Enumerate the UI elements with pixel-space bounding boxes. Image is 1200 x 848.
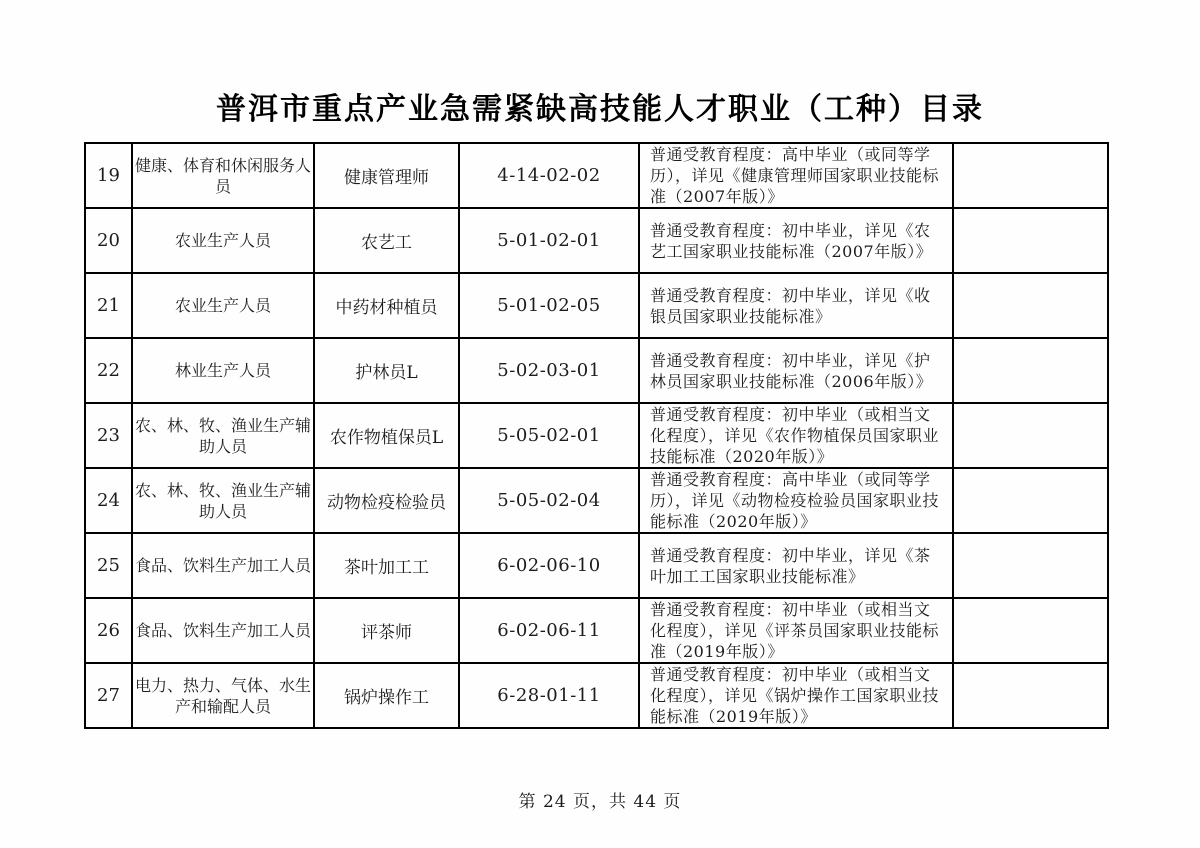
- row-number-cell: 23: [85, 403, 132, 468]
- remark-cell: [953, 338, 1108, 403]
- requirement-cell: 普通受教育程度：初中毕业（或相当文化程度），详见《评茶员国家职业技能标准（201…: [639, 598, 953, 663]
- occupation-cell: 农作物植保员L: [314, 403, 459, 468]
- requirement-cell: 普通受教育程度：初中毕业（或相当文化程度），详见《农作物植保员国家职业技能标准（…: [639, 403, 953, 468]
- category-cell: 农业生产人员: [132, 208, 314, 273]
- page-number-footer: 第 24 页，共 44 页: [0, 787, 1200, 812]
- occupation-cell: 护林员L: [314, 338, 459, 403]
- category-cell: 农业生产人员: [132, 273, 314, 338]
- requirement-cell: 普通受教育程度：初中毕业，详见《茶叶加工工国家职业技能标准》: [639, 533, 953, 598]
- category-cell: 食品、饮料生产加工人员: [132, 533, 314, 598]
- page-title: 普洱市重点产业急需紧缺高技能人才职业（工种）目录: [0, 84, 1200, 128]
- code-cell: 4-14-02-02: [459, 143, 639, 208]
- requirement-cell: 普通受教育程度：初中毕业，详见《护林员国家职业技能标准（2006年版）》: [639, 338, 953, 403]
- remark-cell: [953, 403, 1108, 468]
- table-row: 25 食品、饮料生产加工人员 茶叶加工工 6-02-06-10 普通受教育程度：…: [85, 533, 1108, 598]
- table-row: 26 食品、饮料生产加工人员 评茶师 6-02-06-11 普通受教育程度：初中…: [85, 598, 1108, 663]
- table-row: 20 农业生产人员 农艺工 5-01-02-01 普通受教育程度：初中毕业，详见…: [85, 208, 1108, 273]
- requirement-cell: 普通受教育程度：高中毕业（或同等学历），详见《健康管理师国家职业技能标准（200…: [639, 143, 953, 208]
- category-cell: 电力、热力、气体、水生产和输配人员: [132, 663, 314, 728]
- remark-cell: [953, 468, 1108, 533]
- occupation-cell: 中药材种植员: [314, 273, 459, 338]
- table-row: 19 健康、体育和休闲服务人员 健康管理师 4-14-02-02 普通受教育程度…: [85, 143, 1108, 208]
- code-cell: 5-01-02-05: [459, 273, 639, 338]
- remark-cell: [953, 663, 1108, 728]
- code-cell: 5-01-02-01: [459, 208, 639, 273]
- row-number-cell: 25: [85, 533, 132, 598]
- table-row: 22 林业生产人员 护林员L 5-02-03-01 普通受教育程度：初中毕业，详…: [85, 338, 1108, 403]
- requirement-cell: 普通受教育程度：高中毕业（或同等学历），详见《动物检疫检验员国家职业技能标准（2…: [639, 468, 953, 533]
- row-number-cell: 27: [85, 663, 132, 728]
- code-cell: 6-28-01-11: [459, 663, 639, 728]
- table-row: 21 农业生产人员 中药材种植员 5-01-02-05 普通受教育程度：初中毕业…: [85, 273, 1108, 338]
- requirement-cell: 普通受教育程度：初中毕业，详见《收银员国家职业技能标准》: [639, 273, 953, 338]
- remark-cell: [953, 143, 1108, 208]
- category-cell: 健康、体育和休闲服务人员: [132, 143, 314, 208]
- code-cell: 5-02-03-01: [459, 338, 639, 403]
- occupation-cell: 评茶师: [314, 598, 459, 663]
- category-cell: 农、林、牧、渔业生产辅助人员: [132, 468, 314, 533]
- occupation-cell: 动物检疫检验员: [314, 468, 459, 533]
- category-cell: 林业生产人员: [132, 338, 314, 403]
- remark-cell: [953, 598, 1108, 663]
- occupation-cell: 茶叶加工工: [314, 533, 459, 598]
- requirement-cell: 普通受教育程度：初中毕业，详见《农艺工国家职业技能标准（2007年版）》: [639, 208, 953, 273]
- occupation-cell: 健康管理师: [314, 143, 459, 208]
- row-number-cell: 20: [85, 208, 132, 273]
- document-page: 普洱市重点产业急需紧缺高技能人才职业（工种）目录 19 健康、体育和休闲服务人员…: [0, 0, 1200, 848]
- occupation-cell: 农艺工: [314, 208, 459, 273]
- table-row: 24 农、林、牧、渔业生产辅助人员 动物检疫检验员 5-05-02-04 普通受…: [85, 468, 1108, 533]
- code-cell: 6-02-06-10: [459, 533, 639, 598]
- row-number-cell: 26: [85, 598, 132, 663]
- requirement-cell: 普通受教育程度：初中毕业（或相当文化程度），详见《锅炉操作工国家职业技能标准（2…: [639, 663, 953, 728]
- row-number-cell: 22: [85, 338, 132, 403]
- occupation-cell: 锅炉操作工: [314, 663, 459, 728]
- table-row: 23 农、林、牧、渔业生产辅助人员 农作物植保员L 5-05-02-01 普通受…: [85, 403, 1108, 468]
- category-cell: 食品、饮料生产加工人员: [132, 598, 314, 663]
- remark-cell: [953, 208, 1108, 273]
- row-number-cell: 21: [85, 273, 132, 338]
- row-number-cell: 19: [85, 143, 132, 208]
- occupation-catalog-table: 19 健康、体育和休闲服务人员 健康管理师 4-14-02-02 普通受教育程度…: [84, 142, 1109, 729]
- table-row: 27 电力、热力、气体、水生产和输配人员 锅炉操作工 6-28-01-11 普通…: [85, 663, 1108, 728]
- remark-cell: [953, 273, 1108, 338]
- row-number-cell: 24: [85, 468, 132, 533]
- remark-cell: [953, 533, 1108, 598]
- code-cell: 6-02-06-11: [459, 598, 639, 663]
- category-cell: 农、林、牧、渔业生产辅助人员: [132, 403, 314, 468]
- code-cell: 5-05-02-04: [459, 468, 639, 533]
- code-cell: 5-05-02-01: [459, 403, 639, 468]
